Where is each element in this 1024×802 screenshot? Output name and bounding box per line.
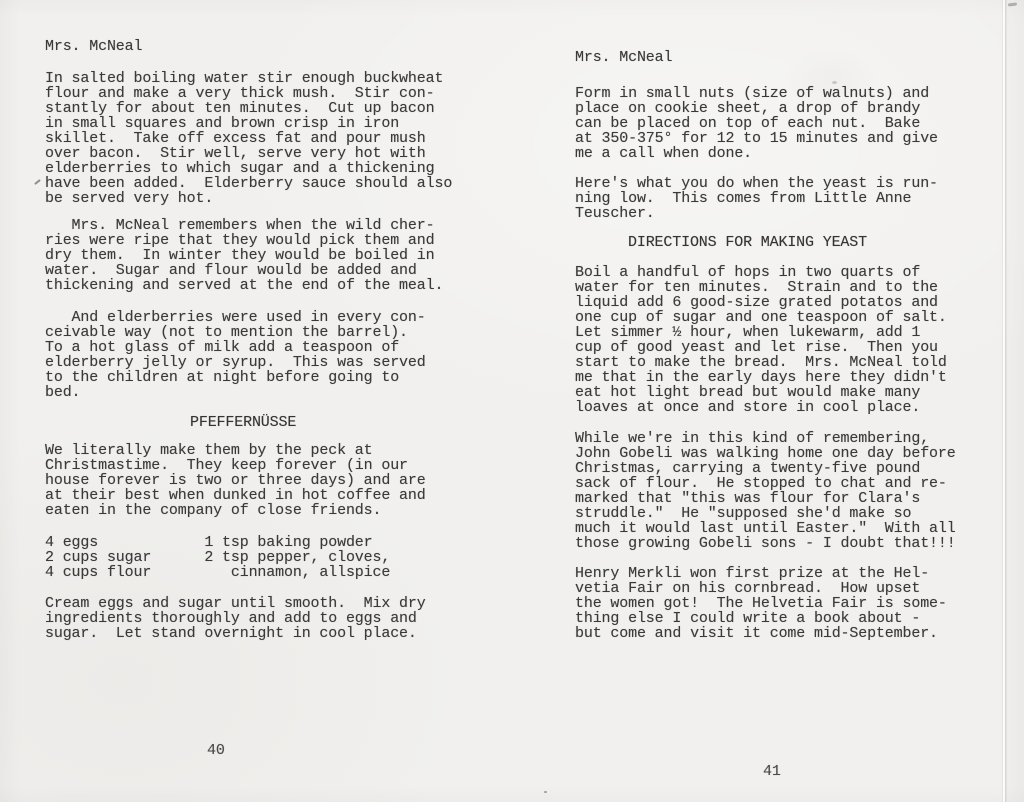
left-author-line: Mrs. McNeal (45, 39, 142, 54)
left-paragraph-buckwheat-mush: In salted boiling water stir enough buck… (45, 71, 452, 206)
right-paragraph-henry-merkli-story: Henry Merkli won first prize at the Hel-… (575, 566, 947, 641)
right-paragraph-form-nuts: Form in small nuts (size of walnuts) and… (575, 86, 938, 161)
left-paragraph-elderberries: And elderberries were used in every con-… (45, 310, 426, 400)
scanned-page-spread: Mrs. McNeal In salted boiling water stir… (0, 0, 1024, 802)
recipe-heading-pfeffernusse: PFEFFERNÜSSE (190, 415, 296, 430)
ingredient-list: 4 eggs 1 tsp baking powder 2 cups sugar … (45, 535, 390, 580)
scan-speck-top (832, 81, 837, 84)
scan-speck-bottom (544, 791, 547, 793)
recipe-heading-directions-for-making-yeast: DIRECTIONS FOR MAKING YEAST (628, 235, 867, 250)
scan-stray-tick-mark (34, 179, 41, 185)
right-paragraph-yeast-directions: Boil a handful of hops in two quarts of … (575, 265, 947, 415)
left-paragraph-pfeffernusse-intro: We literally make them by the peck at Ch… (45, 443, 426, 518)
left-paragraph-pfeffernusse-method: Cream eggs and sugar until smooth. Mix d… (45, 596, 426, 641)
right-paragraph-yeast-intro: Here's what you do when the yeast is run… (575, 176, 938, 221)
scan-page-edge-line (1003, 0, 1005, 802)
page-number-left: 40 (207, 743, 225, 758)
right-paragraph-john-gobeli-story: While we're in this kind of remembering,… (575, 431, 956, 551)
right-author-line: Mrs. McNeal (575, 50, 672, 65)
scan-corner-mark (1008, 2, 1017, 6)
page-number-right: 41 (763, 764, 781, 779)
left-paragraph-wild-cherries: Mrs. McNeal remembers when the wild cher… (45, 218, 443, 293)
